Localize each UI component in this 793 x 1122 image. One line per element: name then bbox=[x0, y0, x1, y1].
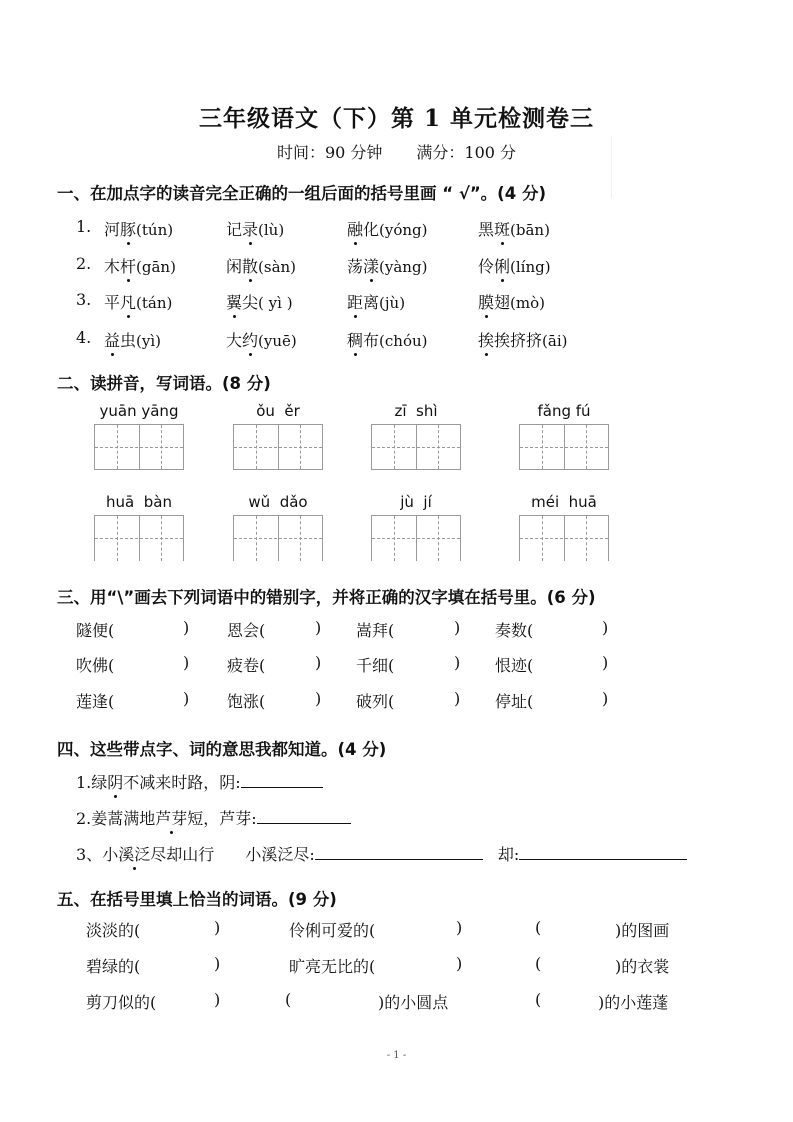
answer-slot[interactable]: ) bbox=[214, 990, 220, 1009]
dotted-char: 稠 bbox=[347, 328, 363, 351]
answer-slot[interactable]: ) bbox=[454, 618, 460, 637]
answer-slot[interactable]: ( bbox=[535, 990, 541, 1009]
pinyin: (tán) bbox=[136, 294, 172, 312]
pinyin: (lù) bbox=[258, 221, 284, 239]
correction-item: 恨迹( bbox=[495, 653, 533, 676]
pinyin-prompt: zī shì bbox=[371, 402, 461, 420]
correction-item: 饱涨( bbox=[227, 689, 265, 712]
correction-item: 隧便( bbox=[76, 618, 114, 641]
phrase-label: 淡淡的( bbox=[86, 918, 140, 941]
pinyin: (gān) bbox=[136, 258, 176, 276]
answer-slot[interactable]: ) bbox=[183, 653, 189, 672]
answer-slot[interactable]: ) bbox=[214, 954, 220, 973]
answer-slot[interactable]: ( bbox=[535, 918, 541, 937]
q1-row-number: 1. bbox=[76, 217, 91, 236]
answer-slot[interactable]: ) bbox=[602, 689, 608, 708]
correction-item: 停址( bbox=[495, 689, 533, 712]
pinyin-prompt: yuān yāng bbox=[94, 402, 184, 420]
dotted-char: 挨 bbox=[478, 328, 494, 351]
phrase-label: )的衣裳 bbox=[615, 954, 669, 977]
correction-item: 吹佛( bbox=[76, 653, 114, 676]
q1-option[interactable]: 翼尖( yì ) bbox=[226, 290, 293, 313]
answer-slot[interactable]: ( bbox=[535, 954, 541, 973]
pinyin-prompt: wǔ dǎo bbox=[233, 493, 323, 511]
answer-slot[interactable]: ) bbox=[456, 954, 462, 973]
pinyin: (yì) bbox=[136, 332, 161, 350]
answer-blank[interactable] bbox=[257, 807, 351, 824]
correction-item: 莲逢( bbox=[76, 689, 114, 712]
correction-item: 恩会( bbox=[227, 618, 265, 641]
writing-grid[interactable] bbox=[519, 424, 609, 470]
answer-slot[interactable]: ( bbox=[285, 990, 291, 1009]
answer-slot[interactable]: ) bbox=[454, 689, 460, 708]
dotted-char: 阴 bbox=[107, 770, 123, 793]
pinyin: (mò) bbox=[510, 294, 545, 312]
dotted-word: 芦芽 bbox=[155, 806, 187, 829]
dotted-char: 斑 bbox=[494, 217, 510, 240]
writing-grid[interactable] bbox=[233, 424, 323, 470]
writing-grid[interactable] bbox=[371, 424, 461, 470]
q1-option[interactable]: 稠布(chóu) bbox=[347, 328, 428, 351]
dotted-char: 益 bbox=[104, 328, 120, 351]
pinyin: (jù) bbox=[379, 294, 405, 312]
phrase-label: )的图画 bbox=[615, 918, 669, 941]
answer-slot[interactable]: ) bbox=[602, 653, 608, 672]
q1-option[interactable]: 伶俐(líng) bbox=[478, 254, 551, 277]
phrase-label: 伶俐可爱的( bbox=[289, 918, 375, 941]
answer-slot[interactable]: ) bbox=[183, 689, 189, 708]
answer-blank[interactable] bbox=[519, 843, 687, 860]
pinyin: (yóng) bbox=[379, 221, 427, 239]
dotted-char: 融 bbox=[347, 217, 363, 240]
page-number: - 1 - bbox=[0, 1050, 793, 1061]
section1-heading: 一、在加点字的读音完全正确的一组后面的括号里画 “ √”。(4 分) bbox=[57, 180, 546, 204]
q1-row-number: 4. bbox=[76, 328, 91, 347]
dotted-char: 录 bbox=[242, 217, 258, 240]
q1-option[interactable]: 平凡(tán) bbox=[104, 290, 172, 313]
pinyin-prompt: jù jí bbox=[371, 493, 461, 511]
dotted-char: 漾 bbox=[363, 254, 379, 277]
writing-grid[interactable] bbox=[519, 515, 609, 561]
writing-grid[interactable] bbox=[371, 515, 461, 561]
dotted-char: 膜 bbox=[478, 290, 494, 313]
pinyin-prompt: méi huā bbox=[519, 493, 609, 511]
answer-slot[interactable]: ) bbox=[315, 653, 321, 672]
phrase-label: 剪刀似的( bbox=[86, 990, 156, 1013]
pinyin: (líng) bbox=[510, 258, 551, 276]
answer-blank[interactable] bbox=[315, 843, 483, 860]
q1-option[interactable]: 记录(lù) bbox=[226, 217, 284, 240]
section4-heading: 四、这些带点字、词的意思我都知道。(4 分) bbox=[57, 736, 386, 760]
answer-slot[interactable]: ) bbox=[183, 618, 189, 637]
pinyin: (bān) bbox=[510, 221, 550, 239]
dotted-char: 凡 bbox=[120, 290, 136, 313]
answer-slot[interactable]: ) bbox=[454, 653, 460, 672]
answer-slot[interactable]: ) bbox=[456, 918, 462, 937]
q1-option[interactable]: 益虫(yì) bbox=[104, 328, 161, 351]
q1-option[interactable]: 融化(yóng) bbox=[347, 217, 428, 240]
q1-option[interactable]: 挨挨挤挤(āi) bbox=[478, 328, 567, 351]
q1-option[interactable]: 黑斑(bān) bbox=[478, 217, 550, 240]
answer-slot[interactable]: ) bbox=[602, 618, 608, 637]
q1-option[interactable]: 河豚(tún) bbox=[104, 217, 173, 240]
dotted-char: 豚 bbox=[120, 217, 136, 240]
phrase-label: 旷亮无比的( bbox=[289, 954, 375, 977]
q1-option[interactable]: 荡漾(yàng) bbox=[347, 254, 427, 277]
pinyin: ( yì ) bbox=[258, 294, 293, 312]
dotted-char: 距 bbox=[347, 290, 363, 313]
dotted-char: 约 bbox=[242, 328, 258, 351]
q1-row-number: 2. bbox=[76, 254, 91, 273]
correction-item: 疲卷( bbox=[227, 653, 265, 676]
writing-grid[interactable] bbox=[233, 515, 323, 561]
pinyin-prompt: huā bàn bbox=[94, 493, 184, 511]
exam-info: 时间：90 分钟满分：100 分 bbox=[0, 140, 793, 163]
dotted-char: 俐 bbox=[494, 254, 510, 277]
phrase-label: )的小圆点 bbox=[378, 990, 448, 1013]
dotted-char: 翼 bbox=[226, 290, 242, 313]
pinyin: (yuē) bbox=[258, 332, 297, 350]
pinyin-prompt: fǎng fú bbox=[519, 402, 609, 420]
correction-item: 嵩拜( bbox=[356, 618, 394, 641]
answer-slot[interactable]: ) bbox=[315, 618, 321, 637]
dotted-char: 散 bbox=[242, 254, 258, 277]
q1-option[interactable]: 木杆(gān) bbox=[104, 254, 176, 277]
q1-option[interactable]: 闲散(sàn) bbox=[226, 254, 296, 277]
section2-heading: 二、读拼音，写词语。(8 分) bbox=[57, 370, 271, 394]
phrase-label: 碧绿的( bbox=[86, 954, 140, 977]
pinyin: (tún) bbox=[136, 221, 173, 239]
writing-grid[interactable] bbox=[94, 515, 184, 561]
correction-item: 千细( bbox=[356, 653, 394, 676]
pinyin: (chóu) bbox=[379, 332, 427, 350]
q4-item-2: 2.姜蒿满地芦芽短，芦芽: bbox=[76, 806, 351, 829]
time-limit: 时间：90 分钟 bbox=[277, 143, 382, 162]
dotted-word: 小溪泛尽 bbox=[102, 842, 166, 865]
phrase-label: )的小莲蓬 bbox=[598, 990, 668, 1013]
pinyin: (āi) bbox=[542, 332, 567, 350]
pinyin: (yàng) bbox=[379, 258, 427, 276]
answer-slot[interactable]: ) bbox=[214, 918, 220, 937]
section3-heading: 三、用“\”画去下列词语中的错别字，并将正确的汉字填在括号里。(6 分) bbox=[57, 584, 596, 608]
scan-edge-line bbox=[611, 136, 612, 198]
q1-option[interactable]: 距离(jù) bbox=[347, 290, 405, 313]
dotted-char: 杆 bbox=[120, 254, 136, 277]
document-title: 三年级语文（下）第 1 单元检测卷三 bbox=[0, 100, 793, 133]
pinyin: (sàn) bbox=[258, 258, 296, 276]
q1-option[interactable]: 大约(yuē) bbox=[226, 328, 297, 351]
q4-item-1: 1.绿阴不减来时路，阴: bbox=[76, 770, 323, 793]
section5-heading: 五、在括号里填上恰当的词语。(9 分) bbox=[57, 886, 337, 910]
q4-item-3: 3、小溪泛尽却山行 小溪泛尽: 却: bbox=[76, 842, 687, 865]
writing-grid[interactable] bbox=[94, 424, 184, 470]
q1-option[interactable]: 膜翅(mò) bbox=[478, 290, 545, 313]
answer-slot[interactable]: ) bbox=[315, 689, 321, 708]
full-score: 满分：100 分 bbox=[416, 143, 516, 162]
correction-item: 奏数( bbox=[495, 618, 533, 641]
answer-blank[interactable] bbox=[241, 771, 323, 788]
q1-row-number: 3. bbox=[76, 290, 91, 309]
correction-item: 破列( bbox=[356, 689, 394, 712]
pinyin-prompt: ǒu ěr bbox=[233, 402, 323, 420]
